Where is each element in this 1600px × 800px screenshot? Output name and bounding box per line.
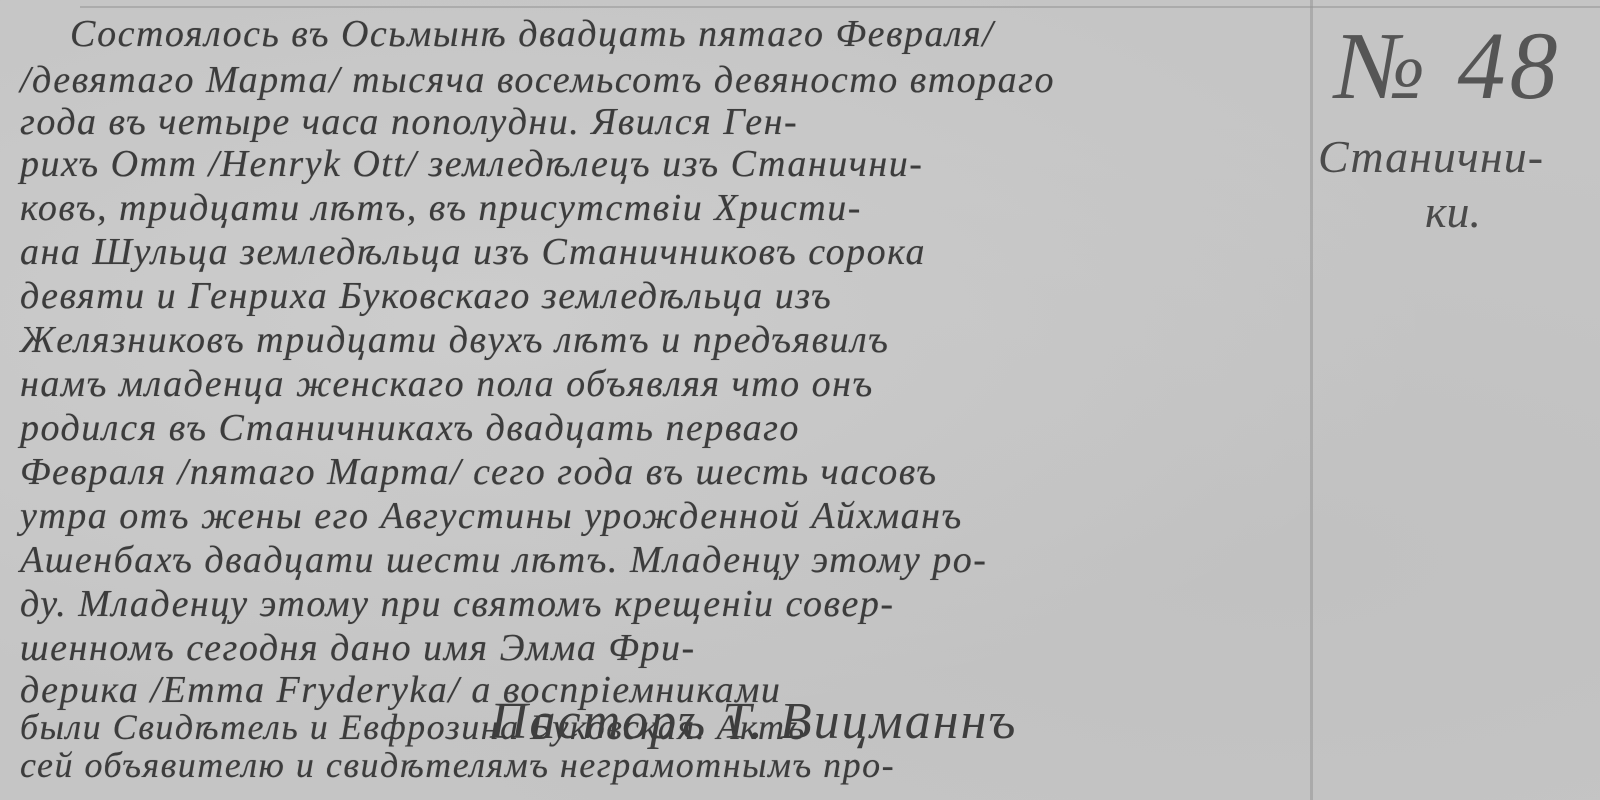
text-line-2: /девятаго Марта/ тысяча восемьсотъ девян… [20, 58, 1055, 102]
text-line-8: Желязниковъ тридцати двухъ лѣтъ и предъя… [20, 318, 889, 362]
text-line-5: ковъ, тридцати лѣтъ, въ присутствіи Хрис… [20, 186, 862, 230]
text-line-15: шенномъ сегодня дано имя Эмма Фри- [20, 626, 696, 670]
margin-village-name: Станични- [1318, 130, 1544, 183]
record-number: № 48 [1335, 10, 1562, 121]
text-line-4: рихъ Отт /Henryk Ott/ земледѣлецъ изъ Ст… [20, 142, 923, 186]
margin-village-name-continuation: ки. [1425, 185, 1481, 238]
text-line-1: Состоялось въ Осьмынѣ двадцать пятаго Фе… [70, 12, 994, 56]
text-line-14: ду. Младенцу этому при святомъ крещеніи … [20, 582, 895, 626]
text-line-13: Ашенбахъ двадцати шести лѣтъ. Младенцу э… [20, 538, 987, 582]
pastor-signature: Пасторъ Т. Вицманнъ [490, 692, 1017, 751]
text-line-11: Февраля /пятаго Марта/ сего года въ шест… [20, 450, 937, 494]
text-line-6: ана Шульца земледѣльца изъ Станичниковъ … [20, 230, 926, 274]
record-body: Состоялось въ Осьмынѣ двадцать пятаго Фе… [0, 0, 1310, 800]
text-line-12: утра отъ жены его Августины урожденной А… [20, 494, 963, 538]
document-page: Состоялось въ Осьмынѣ двадцать пятаго Фе… [0, 0, 1600, 800]
text-line-10: родился въ Станичникахъ двадцать перваго [20, 406, 800, 450]
text-line-7: девяти и Генриха Буковскаго земледѣльца … [20, 274, 832, 318]
text-line-9: намъ младенца женскаго пола объявляя что… [20, 362, 874, 406]
text-line-3: года въ четыре часа пополудни. Явился Ге… [20, 100, 798, 144]
